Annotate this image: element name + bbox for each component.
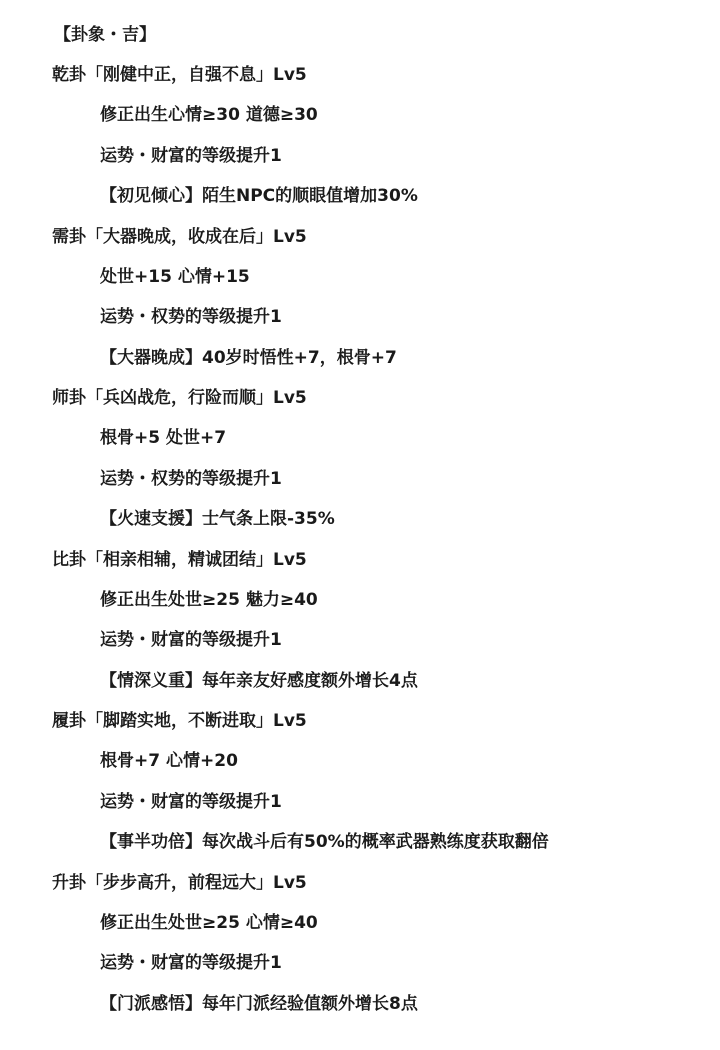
gua-item: 根骨+7 心情+20 — [100, 750, 238, 772]
gua-header-xu: 需卦「大器晚成，收成在后」Lv5 — [52, 226, 307, 248]
gua-item: 修正出生处世≥25 心情≥40 — [100, 912, 318, 934]
gua-item: 运势・财富的等级提升1 — [100, 952, 282, 974]
gua-header-qian: 乾卦「刚健中正，自强不息」Lv5 — [52, 64, 307, 86]
gua-item: 【事半功倍】每次战斗后有50%的概率武器熟练度获取翻倍 — [100, 831, 549, 853]
gua-header-lv: 履卦「脚踏实地，不断进取」Lv5 — [52, 710, 307, 732]
gua-item: 根骨+5 处世+7 — [100, 427, 226, 449]
gua-item: 运势・财富的等级提升1 — [100, 145, 282, 167]
gua-item: 运势・财富的等级提升1 — [100, 629, 282, 651]
gua-item: 运势・权势的等级提升1 — [100, 468, 282, 490]
gua-item: 修正出生处世≥25 魅力≥40 — [100, 589, 318, 611]
gua-item: 【情深义重】每年亲友好感度额外增长4点 — [100, 670, 418, 692]
gua-item: 【火速支援】士气条上限-35% — [100, 508, 335, 530]
gua-item: 处世+15 心情+15 — [100, 266, 250, 288]
gua-header-sheng: 升卦「步步高升，前程远大」Lv5 — [52, 872, 307, 894]
gua-item: 【大器晚成】40岁时悟性+7，根骨+7 — [100, 347, 397, 369]
gua-header-shi: 师卦「兵凶战危，行险而顺」Lv5 — [52, 387, 307, 409]
gua-item: 运势・权势的等级提升1 — [100, 306, 282, 328]
gua-item: 【初见倾心】陌生NPC的顺眼值增加30% — [100, 185, 418, 207]
section-title: 【卦象・吉】 — [54, 24, 156, 46]
gua-item: 【门派感悟】每年门派经验值额外增长8点 — [100, 993, 418, 1015]
gua-header-bi: 比卦「相亲相辅，精诚团结」Lv5 — [52, 549, 307, 571]
gua-item: 运势・财富的等级提升1 — [100, 791, 282, 813]
gua-item: 修正出生心情≥30 道德≥30 — [100, 104, 318, 126]
